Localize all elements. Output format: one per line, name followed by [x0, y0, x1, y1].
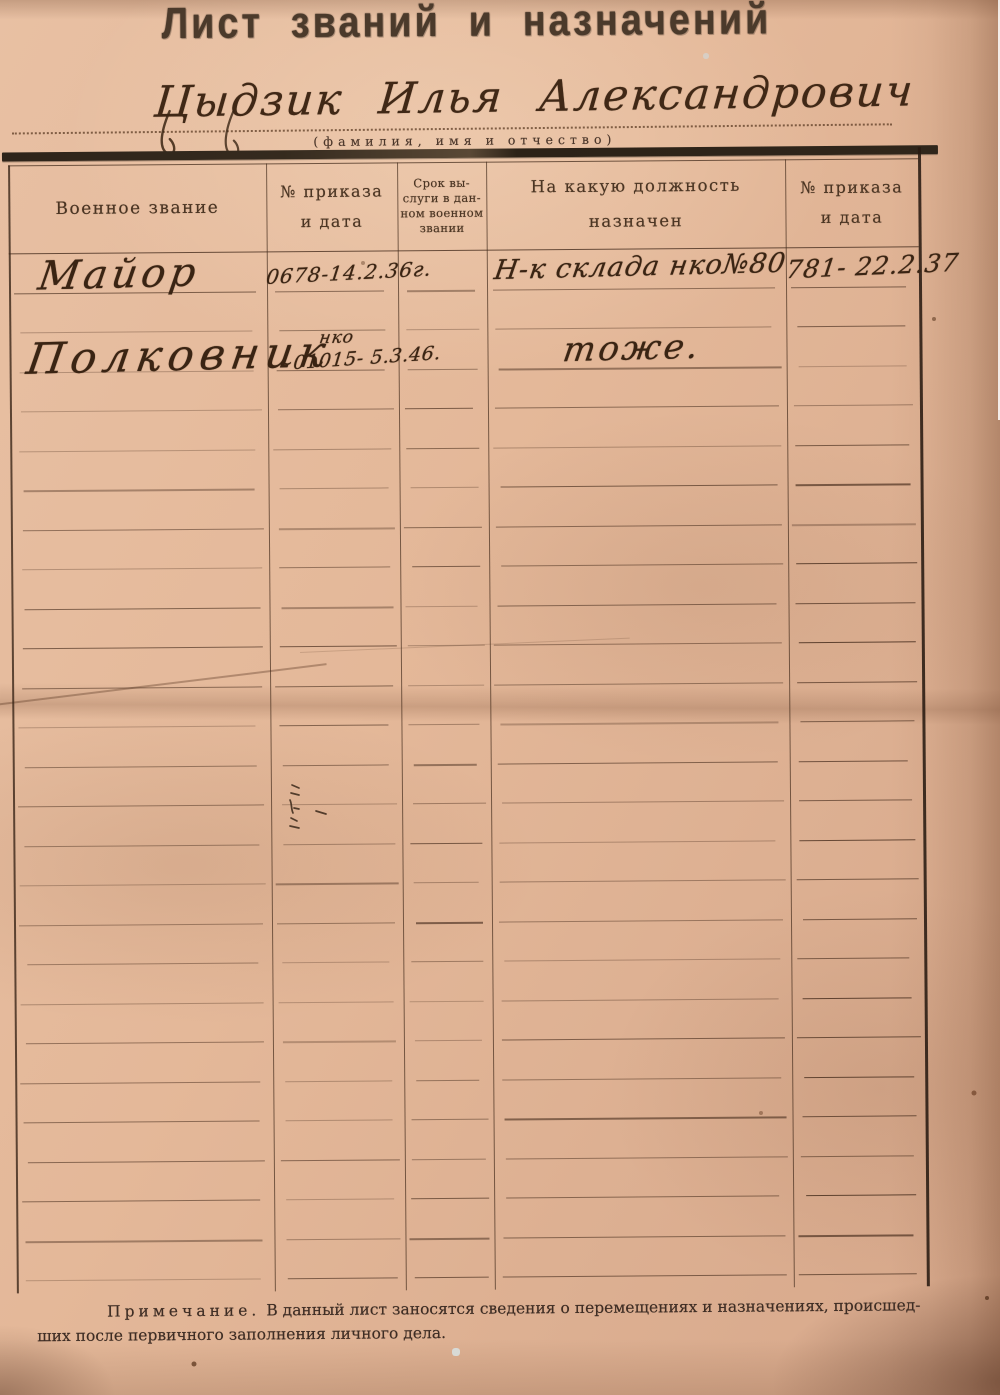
- rule-line: [799, 799, 912, 801]
- rule-line: [797, 681, 917, 683]
- rule-line: [279, 1001, 394, 1003]
- rule-line: [408, 724, 479, 726]
- rule-line: [797, 957, 909, 959]
- rule-line: [22, 567, 262, 570]
- rule-line: [803, 1115, 917, 1117]
- rule-line: [803, 997, 912, 999]
- rule-line: [506, 1156, 788, 1159]
- rule-line: [286, 1119, 393, 1121]
- rule-line: [413, 803, 486, 805]
- rule-line: [494, 682, 783, 685]
- rule-line: [412, 1119, 489, 1121]
- rule-line: [416, 1080, 479, 1081]
- rule-line: [506, 1195, 779, 1198]
- rule-line: [286, 1198, 394, 1200]
- column-header-service-period: Срок вы- слуги в дан- ном военном звании: [397, 162, 487, 251]
- rule-line: [26, 1278, 261, 1281]
- rule-line: [791, 286, 906, 288]
- rule-line: [500, 879, 786, 882]
- rule-line: [799, 839, 915, 841]
- column-header-order-number-right: № приказа и дата: [785, 158, 919, 247]
- rule-line: [22, 686, 262, 689]
- rule-line: [415, 1040, 482, 1042]
- rule-line: [25, 1239, 262, 1243]
- rule-line: [806, 1194, 916, 1196]
- rule-line: [19, 923, 263, 926]
- rule-line: [797, 1036, 921, 1038]
- rule-line: [799, 365, 907, 367]
- rule-line: [411, 961, 483, 963]
- rule-line: [799, 1273, 917, 1275]
- rule-line: [498, 761, 778, 764]
- footer-note: Примечание.В данный лист заносятся сведе…: [37, 1293, 989, 1349]
- column-header-position-appointed: На какую должность назначен: [486, 159, 786, 249]
- rule-line: [414, 882, 479, 884]
- rule-line: [410, 1001, 484, 1003]
- rule-line: [415, 1277, 489, 1279]
- rule-line: [275, 685, 393, 687]
- rule-line: [26, 1041, 264, 1044]
- rule-line: [18, 804, 264, 807]
- rule-line: [279, 527, 395, 530]
- rule-line: [501, 563, 783, 566]
- rule-line: [499, 919, 783, 922]
- rule-line: [279, 724, 388, 726]
- rule-line: [273, 448, 391, 450]
- footer-note-text1: В данный лист заносятся сведения о перем…: [266, 1296, 920, 1319]
- rule-line: [19, 449, 255, 452]
- rule-line: [416, 922, 483, 925]
- rule-line: [21, 409, 262, 412]
- rule-line: [502, 800, 784, 803]
- entry-order-left-note-row2: нко: [318, 327, 356, 348]
- rule-line: [412, 566, 480, 568]
- rule-line: [288, 1277, 398, 1279]
- rule-line: [412, 1159, 486, 1161]
- rule-line: [499, 840, 775, 843]
- rule-line: [277, 922, 395, 924]
- rule-line: [496, 524, 782, 527]
- rule-line: [275, 290, 384, 292]
- rule-line: [501, 484, 778, 487]
- rule-line: [411, 1198, 489, 1200]
- entry-order-right-row1: 781- 22.2.37: [784, 248, 960, 284]
- rule-line: [409, 1238, 489, 1241]
- rule-line: [495, 405, 779, 408]
- rule-line: [498, 603, 777, 606]
- rule-line: [411, 487, 479, 489]
- rule-line: [493, 287, 775, 290]
- rule-line: [24, 488, 255, 492]
- rule-line: [283, 843, 395, 845]
- rule-line: [504, 958, 780, 961]
- rule-line: [494, 642, 782, 645]
- entry-position-row2: тоже.: [560, 327, 704, 371]
- rule-line: [798, 1234, 913, 1237]
- document-content: Лист званий и назначений Цыдзик Илья Але…: [0, 0, 1000, 1395]
- rule-line: [24, 844, 259, 847]
- rule-line: [283, 764, 389, 766]
- rule-line: [503, 1274, 787, 1277]
- rule-line: [405, 408, 473, 410]
- rule-line: [282, 606, 394, 609]
- rule-line: [20, 883, 266, 886]
- column-divider: [918, 147, 930, 1286]
- rule-line: [502, 998, 779, 1001]
- rule-line: [285, 1080, 392, 1082]
- document-title: Лист званий и назначений: [0, 0, 943, 50]
- rule-line: [502, 1037, 785, 1040]
- rule-line: [493, 445, 781, 448]
- rule-line: [25, 765, 257, 768]
- rule-line: [408, 645, 485, 647]
- name-dotted-rule: [12, 93, 892, 134]
- rule-line: [24, 1120, 260, 1123]
- column-header-order-number-left: № приказа и дата: [266, 162, 398, 251]
- rule-line: [27, 962, 258, 965]
- rule-line: [282, 961, 389, 963]
- entry-rank-row1: Майор: [35, 249, 203, 299]
- rule-line: [799, 760, 908, 762]
- rule-line: [283, 1040, 396, 1043]
- rule-line: [505, 1116, 787, 1120]
- rule-line: [800, 720, 914, 722]
- ranks-appointments-table: Военное звание № приказа и дата Срок вы-…: [8, 158, 927, 1295]
- rule-line: [408, 685, 484, 687]
- rule-line: [276, 882, 399, 885]
- rule-line: [797, 325, 905, 327]
- rule-line: [799, 641, 916, 643]
- rule-line: [280, 645, 397, 647]
- rule-line: [18, 725, 255, 728]
- rule-line: [28, 1160, 265, 1163]
- column-divider: [8, 165, 19, 1293]
- rule-line: [804, 1076, 914, 1078]
- rule-line: [25, 607, 261, 610]
- column-divider: [486, 162, 496, 1290]
- rule-line: [414, 764, 477, 766]
- rule-line: [408, 369, 478, 371]
- scanned-document-sheet: Лист званий и назначений Цыдзик Илья Але…: [0, 0, 1000, 1395]
- rule-line: [502, 1077, 781, 1080]
- rule-line: [21, 1002, 264, 1005]
- rule-line: [406, 448, 479, 450]
- rule-line: [796, 562, 917, 564]
- rule-line: [279, 566, 390, 568]
- rule-line: [278, 408, 394, 410]
- column-header-military-rank: Военное звание: [8, 163, 267, 253]
- rule-line: [410, 843, 482, 845]
- rule-line: [794, 404, 913, 406]
- rule-line: [20, 1081, 260, 1084]
- rule-line: [796, 483, 911, 486]
- rule-line: [281, 1159, 400, 1161]
- rule-line: [796, 602, 916, 604]
- rule-line: [280, 487, 389, 489]
- rule-line: [797, 878, 919, 880]
- rule-line: [23, 646, 263, 649]
- rule-line: [406, 329, 479, 331]
- footer-note-label: Примечание.: [107, 1301, 260, 1320]
- rule-line: [23, 528, 264, 531]
- rule-line: [500, 721, 778, 725]
- rule-line: [22, 1199, 260, 1202]
- rule-line: [792, 523, 916, 526]
- rule-line: [282, 803, 397, 805]
- rule-line: [286, 1238, 400, 1240]
- rule-line: [407, 290, 475, 293]
- rule-line: [803, 918, 917, 920]
- rule-line: [503, 1235, 785, 1238]
- rule-line: [406, 606, 478, 608]
- rule-line: [404, 527, 482, 529]
- rule-line: [801, 1155, 914, 1157]
- column-divider: [397, 162, 407, 1290]
- rule-line: [795, 444, 909, 446]
